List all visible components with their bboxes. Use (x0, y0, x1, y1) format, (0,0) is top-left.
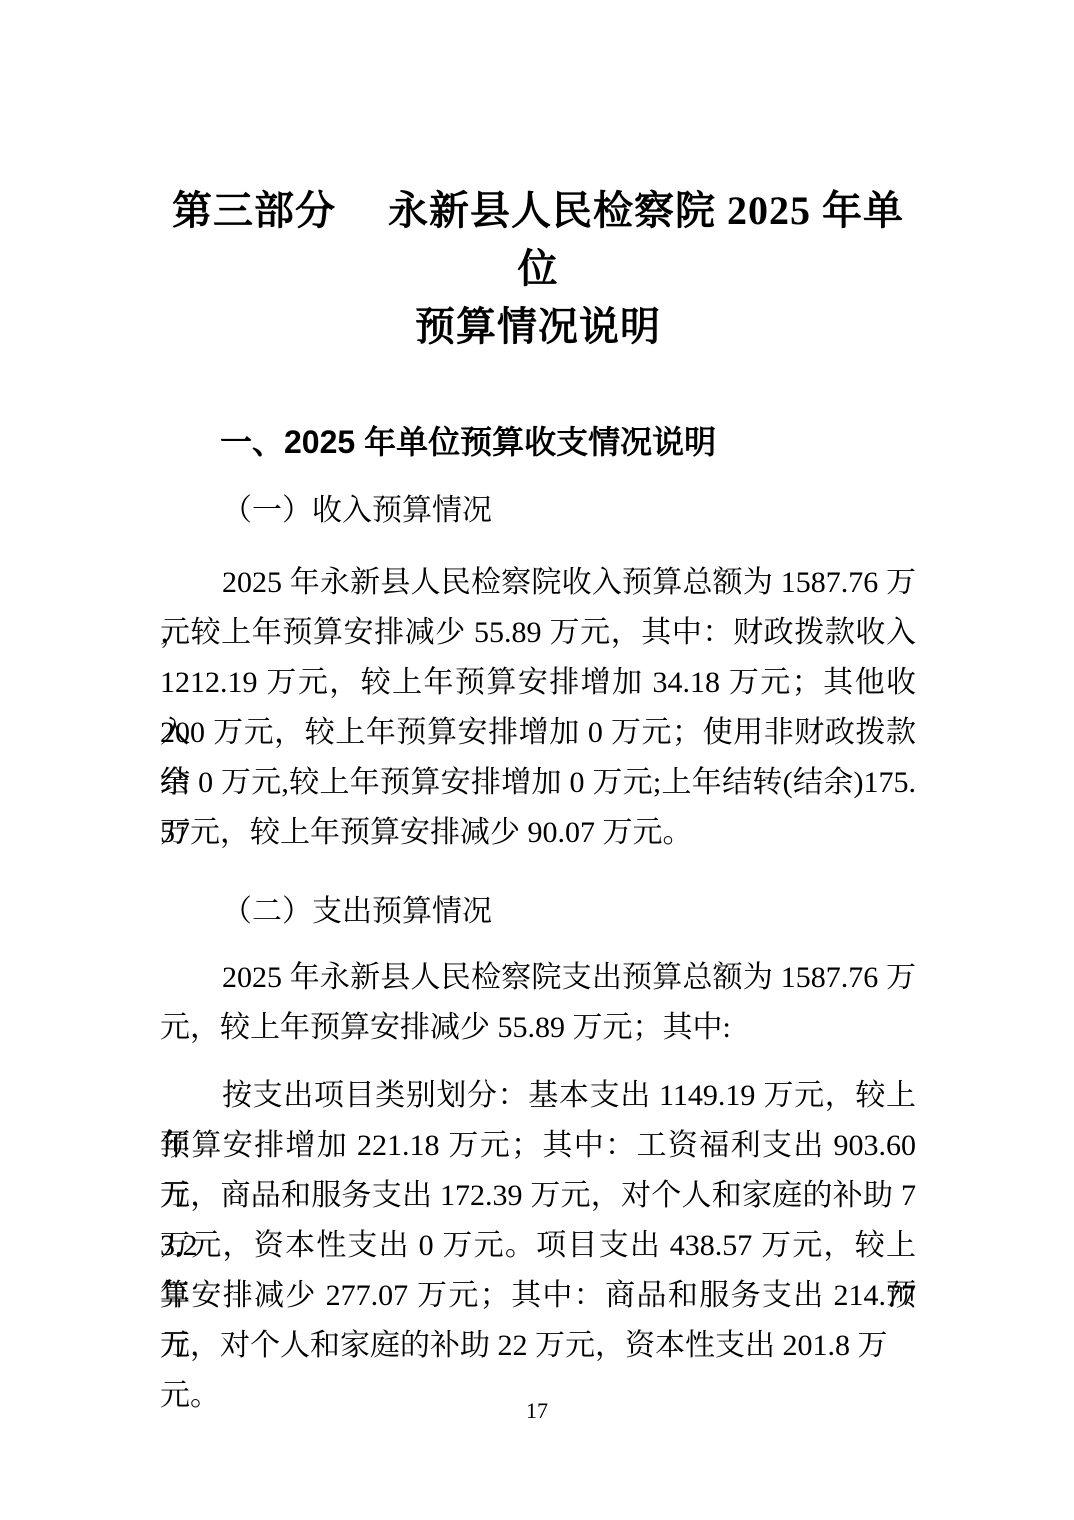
page-title-line1: 第三部分 永新县人民检察院 2025 年单位 (160, 182, 916, 298)
subsection-heading-income: （一）收入预算情况 (160, 490, 916, 532)
document-content: 第三部分 永新县人民检察院 2025 年单位 预算情况说明 一、2025 年单位… (160, 0, 916, 1371)
document-page: 第三部分 永新县人民检察院 2025 年单位 预算情况说明 一、2025 年单位… (0, 0, 1074, 1520)
page-number: 17 (0, 1398, 1074, 1424)
paragraph-line: 2025 年永新县人民检察院收入预算总额为 1587.76 万元 (160, 558, 916, 608)
paragraph-line: 万元，资本性支出 0 万元。项目支出 438.57 万元，较上年预 (160, 1221, 916, 1271)
paragraph-line: 元，对个人和家庭的补助 22 万元，资本性支出 201.8 万元。 (160, 1321, 916, 1371)
page-title-line2: 预算情况说明 (160, 298, 916, 356)
paragraph-line: 算安排减少 277.07 万元；其中：商品和服务支出 214.77 万 (160, 1271, 916, 1321)
paragraph-line: ，较上年预算安排减少 55.89 万元，其中：财政拨款收入 (160, 608, 916, 658)
paragraph-line: 1212.19 万元，较上年预算安排增加 34.18 万元；其他收入 (160, 658, 916, 708)
income-paragraph: 2025 年永新县人民检察院收入预算总额为 1587.76 万元 ，较上年预算安… (160, 558, 916, 858)
page-title: 第三部分 永新县人民检察院 2025 年单位 预算情况说明 (160, 182, 916, 356)
expenditure-total-paragraph: 2025 年永新县人民检察院支出预算总额为 1587.76 万 元，较上年预算安… (160, 953, 916, 1053)
paragraph-line: 200 万元，较上年预算安排增加 0 万元；使用非财政拨款结 (160, 708, 916, 758)
paragraph-line: 万元，较上年预算安排减少 90.07 万元。 (160, 808, 916, 858)
expenditure-detail-paragraph: 按支出项目类别划分：基本支出 1149.19 万元，较上年 预算安排增加 221… (160, 1071, 916, 1371)
paragraph-line: 预算安排增加 221.18 万元；其中：工资福利支出 903.60 万 (160, 1121, 916, 1171)
paragraph-line: 按支出项目类别划分：基本支出 1149.19 万元，较上年 (160, 1071, 916, 1121)
section-heading: 一、2025 年单位预算收支情况说明 (160, 422, 916, 462)
paragraph-line: 元，商品和服务支出 172.39 万元，对个人和家庭的补助 73.2 (160, 1171, 916, 1221)
subsection-heading-expenditure: （二）支出预算情况 (160, 891, 916, 933)
paragraph-line: 余 0 万元,较上年预算安排增加 0 万元;上年结转(结余)175.57 (160, 758, 916, 808)
paragraph-line: 2025 年永新县人民检察院支出预算总额为 1587.76 万 (160, 953, 916, 1003)
paragraph-line: 元，较上年预算安排减少 55.89 万元；其中: (160, 1003, 916, 1053)
